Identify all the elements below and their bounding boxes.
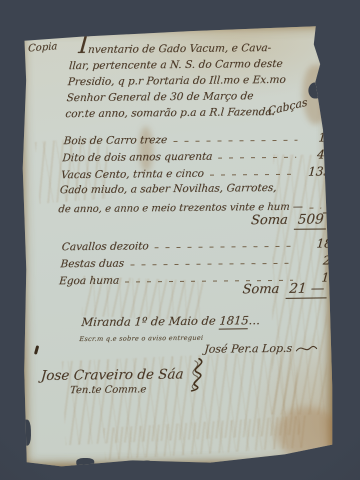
paper-tear: [76, 458, 94, 467]
ink-bleedthrough: [103, 415, 310, 460]
row-value: 13: [299, 130, 334, 144]
row-value: 2: [296, 253, 331, 267]
date-place-text: Miranda 1º de Maio de: [81, 314, 220, 329]
clerk-signature-text: José Per.a Lop.s: [204, 342, 293, 356]
photo-background: Copia Inventario de Gado Vacum, e Cava- …: [0, 0, 360, 480]
ledger-row: Cavallos dezoito 18: [62, 236, 333, 250]
signature-flourish-icon: [182, 358, 211, 392]
row-value: 321: [322, 198, 357, 213]
paper-tear: [142, 460, 151, 466]
date-line: Miranda 1º de Maio de 1815…: [81, 313, 261, 329]
ledger-row: Gado miudo, a saber Novilhas, Garrotes,: [59, 181, 330, 195]
livestock-list: Bois de Carro treze 13 Dito de dois anno…: [58, 130, 335, 218]
paragraph-line: Inventario de Gado Vacum, e Cava-: [70, 37, 315, 59]
secretarial-note: Escr.m q.e sobre o aviso entreguei: [79, 334, 204, 343]
paper-stain: [276, 406, 339, 459]
commander-signature-text: Jose Craveiro de Sáa: [40, 366, 184, 384]
ink-mark: [34, 345, 39, 354]
clerk-signature: José Per.a Lop.s: [191, 342, 318, 356]
row-label: Cavallos dezoito: [61, 240, 149, 253]
ledger-row: Dito de dois annos quarenta 40: [62, 147, 333, 161]
dotted-leader: [218, 149, 297, 160]
row-value: 135: [297, 164, 332, 178]
ledger-row: de anno, e anno e meio trezentos vinte e…: [58, 198, 329, 212]
dotted-leader: [154, 238, 296, 249]
dotted-leader: [130, 255, 295, 267]
sum-value: 21 —: [286, 280, 328, 298]
row-label: Egoa huma: [59, 275, 120, 288]
signature-flourish-icon: [295, 344, 318, 354]
paper-tear: [22, 420, 31, 446]
row-value: 40: [298, 147, 333, 161]
dotted-leader: [309, 199, 322, 209]
sum-label: Soma: [242, 282, 280, 297]
dotted-leader: [210, 166, 296, 177]
paragraph-line: Presidio, q p.r Portaria do Ill.mo e Ex.…: [67, 72, 312, 91]
row-label: Bois de Carro treze: [63, 134, 168, 147]
date-trail: …: [248, 313, 261, 327]
row-label: Gado miudo, a saber Novilhas, Garrotes,: [59, 182, 277, 196]
row-label: Bestas duas: [60, 258, 125, 271]
ledger-row: Bois de Carro treze 13: [63, 130, 334, 144]
row-label: Vacas Cento, trinta e cinco: [61, 168, 205, 182]
ledger-row: Bestas duas 2: [60, 253, 331, 267]
paper-tear: [286, 451, 340, 467]
sum-value: 509: [294, 211, 327, 229]
manuscript-page: Copia Inventario de Gado Vacum, e Cava- …: [20, 24, 335, 467]
row-value: 18: [297, 236, 332, 250]
ledger-row: Vacas Cento, trinta e cinco 135: [61, 164, 332, 178]
sum-label: Soma: [250, 213, 288, 228]
row-label: Dito de dois annos quarenta: [62, 151, 213, 165]
copy-annotation: Copia: [28, 41, 57, 54]
commander-title: Ten.te Comm.e: [70, 384, 147, 396]
sum-row: Soma 21 —: [205, 280, 328, 299]
dotted-leader: [173, 132, 298, 143]
sum-row: Soma 509: [204, 211, 327, 230]
date-year: 1815: [219, 313, 250, 329]
